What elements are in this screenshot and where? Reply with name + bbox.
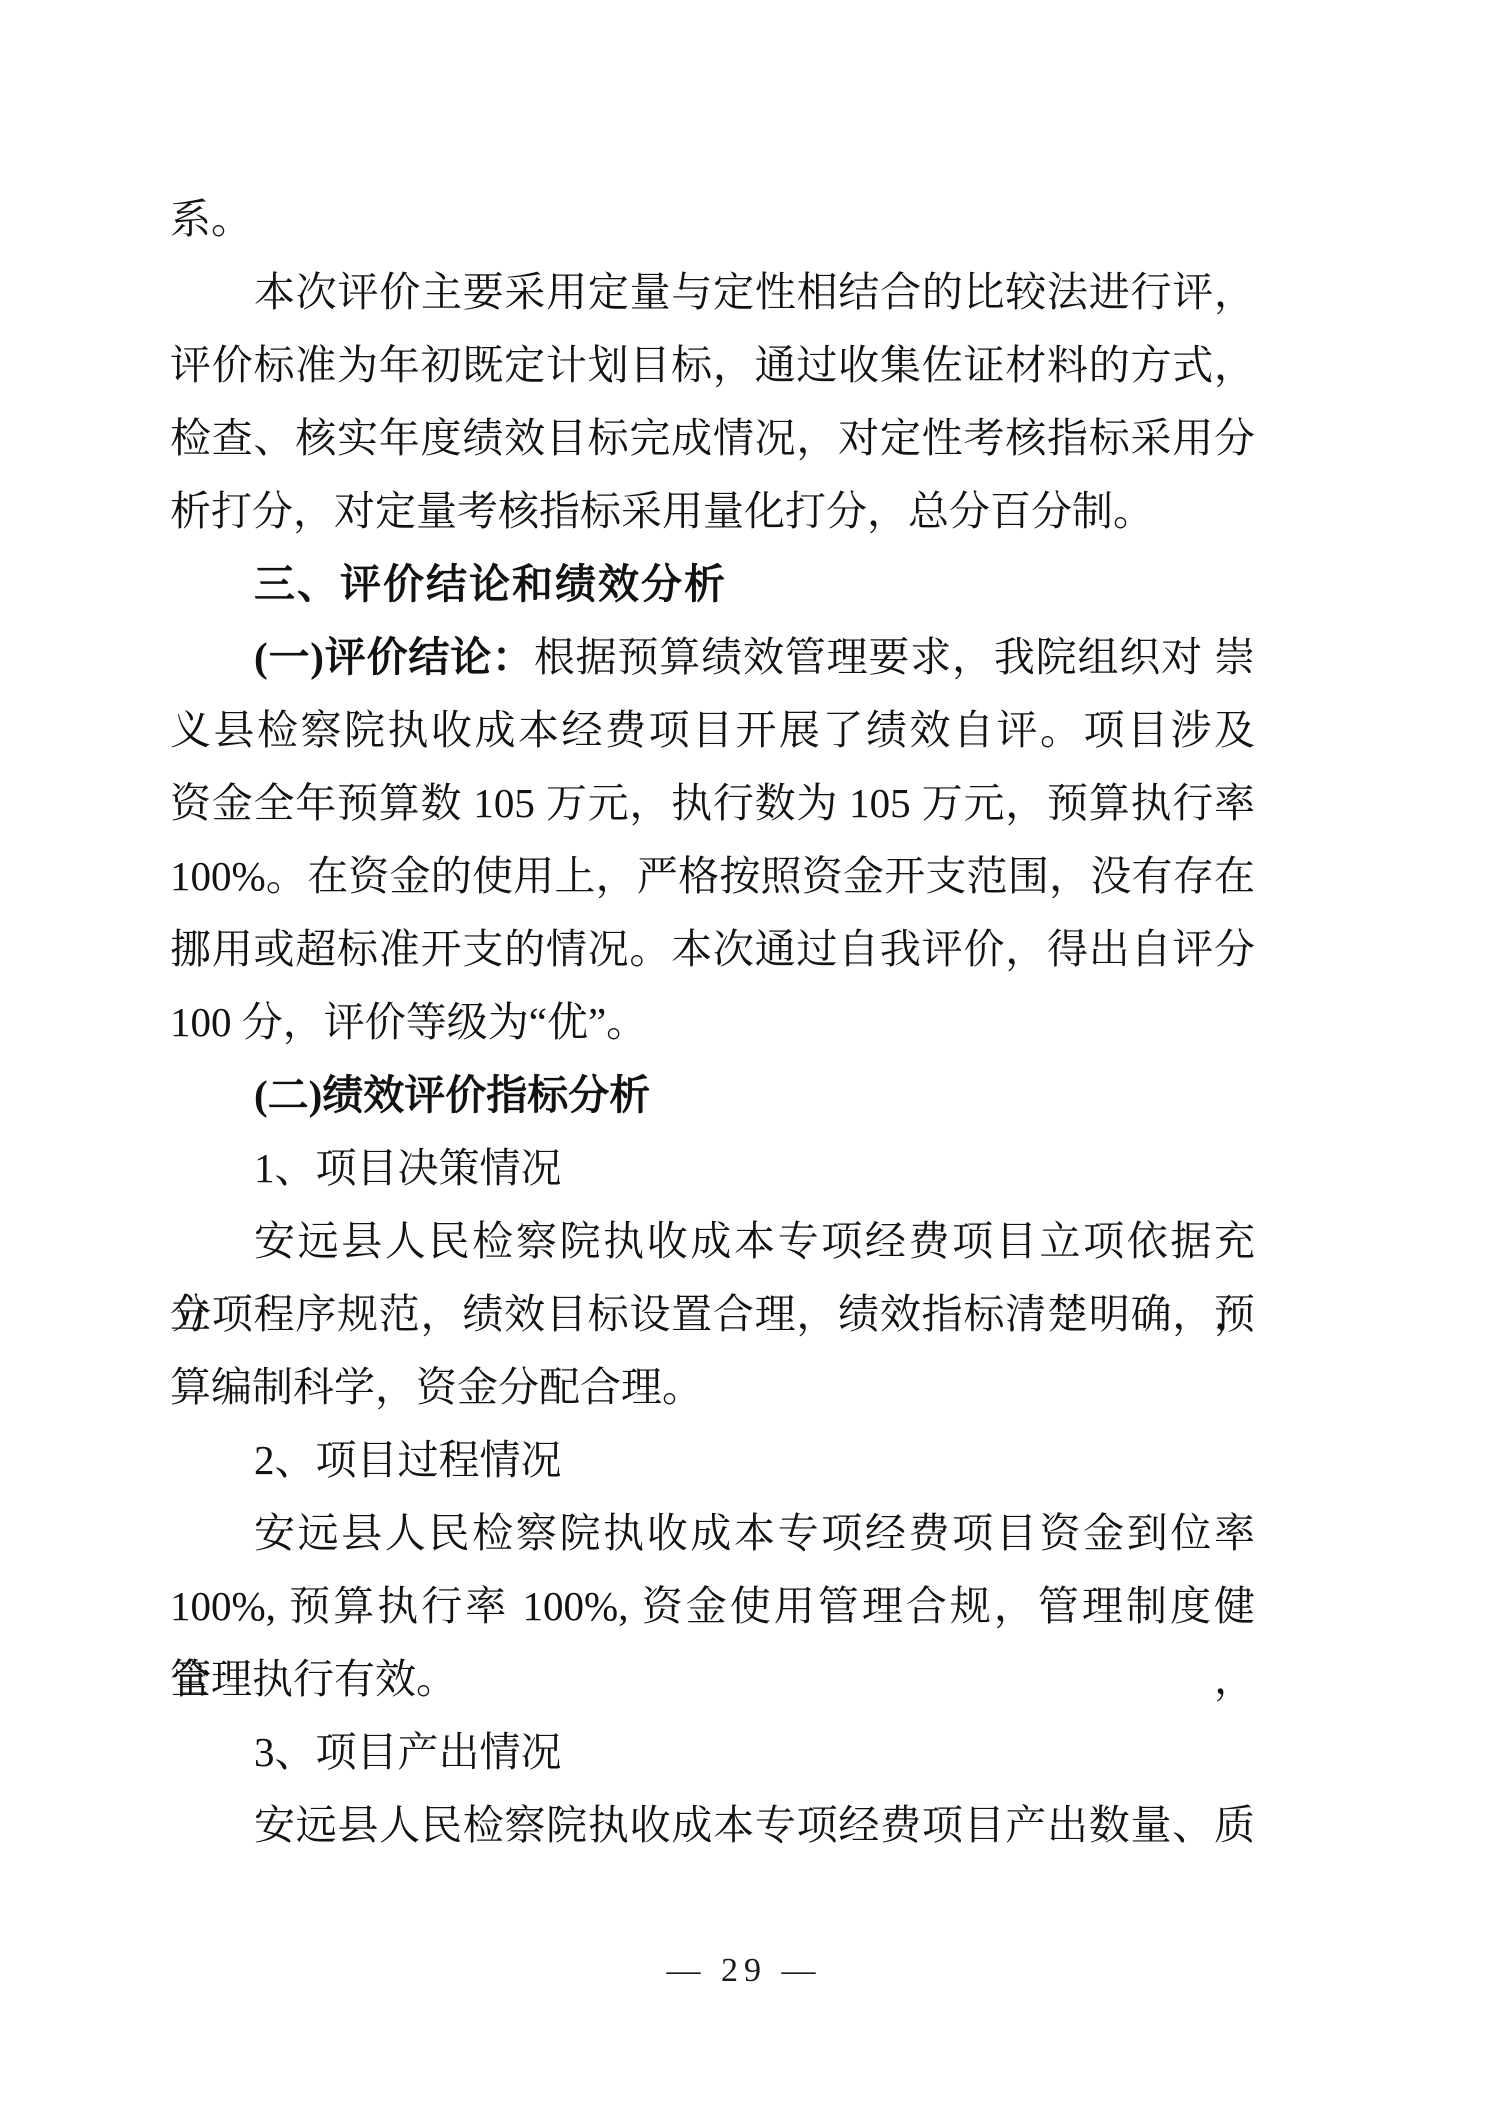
body-line: 100%, 预算执行率 100%, 资金使用管理合规，管理制度健全， (170, 1570, 1255, 1643)
body-line: 安远县人民检察院执收成本专项经费项目产出数量、质 (170, 1789, 1255, 1862)
body-line: 算编制科学，资金分配合理。 (170, 1351, 1255, 1424)
page-number: — 29 — (0, 1952, 1488, 1990)
document-page: 系。 本次评价主要采用定量与定性相结合的比较法进行评， 评价标准为年初既定计划目… (0, 0, 1488, 2104)
body-line: 安远县人民检察院执收成本专项经费项目资金到位率 (170, 1497, 1255, 1570)
list-item-heading: 2、项目过程情况 (170, 1424, 1255, 1497)
body-line: (一)评价结论：根据预算绩效管理要求，我院组织对 崇 (170, 621, 1255, 694)
body-line: 本次评价主要采用定量与定性相结合的比较法进行评， (170, 256, 1255, 329)
body-line: 资金全年预算数 105 万元，执行数为 105 万元，预算执行率 (170, 767, 1255, 840)
body-line: 100%。在资金的使用上，严格按照资金开支范围，没有存在 (170, 840, 1255, 913)
document-body: 系。 本次评价主要采用定量与定性相结合的比较法进行评， 评价标准为年初既定计划目… (170, 183, 1255, 1862)
paragraph-lead: (一)评价结论： (254, 634, 534, 680)
body-line: 安远县人民检察院执收成本专项经费项目立项依据充分， (170, 1205, 1255, 1278)
body-line: 析打分，对定量考核指标采用量化打分，总分百分制。 (170, 475, 1255, 548)
body-line: 评价标准为年初既定计划目标，通过收集佐证材料的方式， (170, 329, 1255, 402)
body-line: 挪用或超标准开支的情况。本次通过自我评价，得出自评分 (170, 913, 1255, 986)
body-line: 100 分，评价等级为“优”。 (170, 986, 1255, 1059)
body-line: 系。 (170, 183, 1255, 256)
list-item-heading: 1、项目决策情况 (170, 1132, 1255, 1205)
body-line: 检查、核实年度绩效目标完成情况，对定性考核指标采用分 (170, 402, 1255, 475)
section-heading: 三、评价结论和绩效分析 (170, 548, 1255, 621)
paragraph-rest: 根据预算绩效管理要求，我院组织对 崇 (534, 634, 1255, 680)
body-line: 义县检察院执收成本经费项目开展了绩效自评。项目涉及 (170, 694, 1255, 767)
body-line: 立项程序规范，绩效目标设置合理，绩效指标清楚明确，预 (170, 1278, 1255, 1351)
subsection-heading: (二)绩效评价指标分析 (170, 1059, 1255, 1132)
list-item-heading: 3、项目产出情况 (170, 1716, 1255, 1789)
